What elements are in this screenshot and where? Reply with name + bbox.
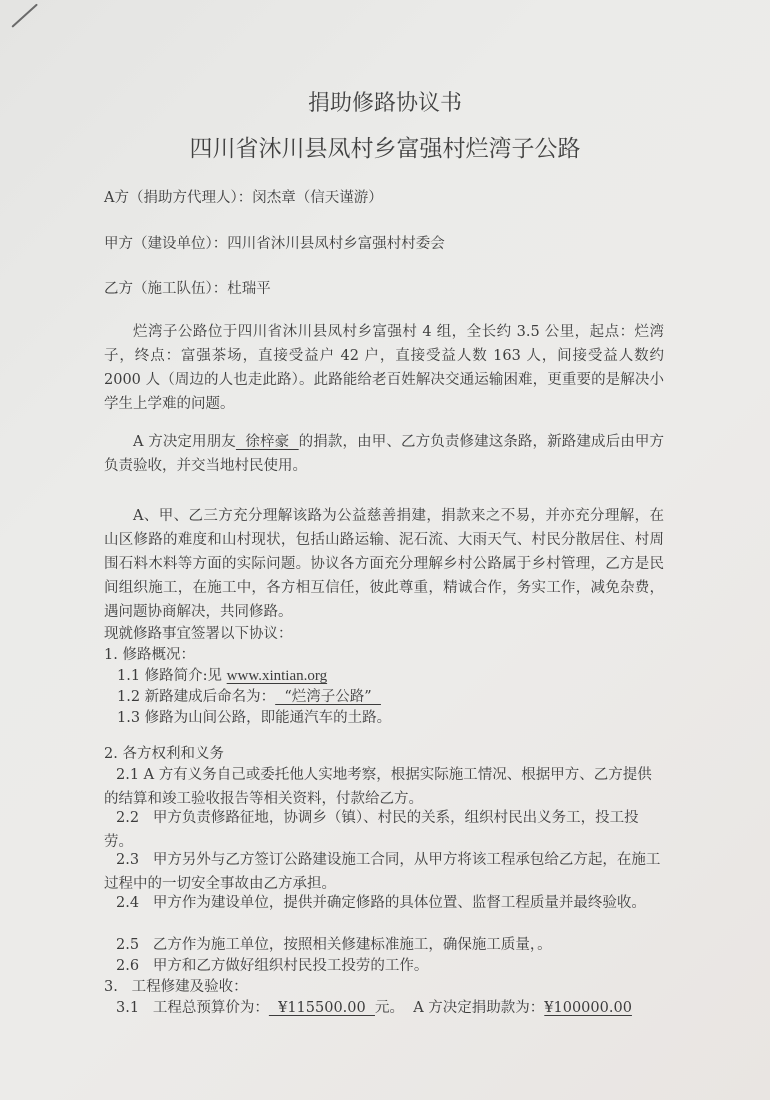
item-text: 修路简介:见	[145, 668, 227, 684]
item-num: 2.2	[116, 810, 139, 826]
item-1-1: 1.1 修路简介:见 www.xintian.org	[117, 664, 327, 685]
party-yi-label: 乙方（施工队伍）：	[104, 281, 227, 297]
item-3-1: 3.1 工程总预算价为： ¥115500.00 元。 A 方决定捐助款为：¥10…	[116, 996, 632, 1017]
section-1-heading: 1. 修路概况：	[104, 643, 195, 664]
item-num: 1.1	[117, 668, 140, 684]
item-text: 乙方作为施工单位，按照相关修建标准施工，确保施工质量，。	[153, 937, 552, 953]
donation-text-before: A 方决定用朋友	[133, 434, 236, 450]
item-1-3: 1.3 修路为山间公路，即能通汽车的土路。	[117, 706, 391, 727]
item-num: 1.2	[117, 689, 140, 705]
item-text: 甲方另外与乙方签订公路建设施工合同，从甲方将该工程承包给乙方起，在施工过程中的一…	[104, 852, 660, 892]
donation-amount: ¥100000.00	[544, 1000, 632, 1016]
party-jia: 甲方（建设单位）：四川省沐川县凤村乡富强村村委会	[104, 232, 445, 253]
party-a: A方（捐助方代理人）：闵杰章（信天谨游）	[104, 186, 383, 207]
section-3-heading: 3. 工程修建及验收：	[104, 975, 248, 996]
party-a-value: 闵杰章（信天谨游）	[252, 190, 383, 206]
item-2-1: 2.1 A 方有义务自己或委托他人实地考察，根据实际施工情况、根据甲方、乙方提供…	[104, 763, 664, 811]
party-a-label: A方（捐助方代理人）：	[104, 190, 252, 206]
item-text: 修路为山间公路，即能通汽车的土路。	[145, 710, 392, 726]
item-text: 新路建成后命名为：	[145, 689, 276, 705]
website-link[interactable]: www.xintian.org	[227, 668, 327, 684]
party-jia-label: 甲方（建设单位）：	[104, 236, 227, 252]
paragraph-understanding: A、甲、乙三方充分理解该路为公益慈善捐建，捐款来之不易，并亦充分理解，在山区修路…	[104, 504, 664, 624]
section-2-heading: 2. 各方权利和义务	[104, 742, 224, 763]
item-num: 1.3	[117, 710, 140, 726]
donation-label: A 方决定捐助款为：	[413, 1000, 544, 1016]
item-2-3: 2.3 甲方另外与乙方签订公路建设施工合同，从甲方将该工程承包给乙方起，在施工过…	[104, 848, 664, 896]
item-text: 工程总预算价为：	[153, 1000, 269, 1016]
item-num: 2.3	[116, 852, 139, 868]
item-num: 2.1	[116, 767, 139, 783]
item-num: 2.5	[116, 937, 139, 953]
party-yi: 乙方（施工队伍）：杜瑞平	[104, 277, 271, 298]
item-1-2: 1.2 新路建成后命名为： “烂湾子公路”	[117, 685, 381, 706]
item-num: 2.4	[116, 895, 139, 911]
item-text: 甲方和乙方做好组织村民投工投劳的工作。	[153, 958, 429, 974]
item-text: 甲方负责修路征地，协调乡（镇）、村民的关系，组织村民出义务工，投工投劳。	[104, 810, 639, 850]
agreement-intro: 现就修路事宜签署以下协议：	[104, 622, 293, 643]
budget-amount: ¥115500.00	[269, 1000, 375, 1016]
road-name: “烂湾子公路”	[275, 689, 381, 705]
item-text: A 方有义务自己或委托他人实地考察，根据实际施工情况、根据甲方、乙方提供的结算和…	[104, 767, 652, 807]
item-num: 2.6	[116, 958, 139, 974]
item-2-5: 2.5 乙方作为施工单位，按照相关修建标准施工，确保施工质量，。	[116, 933, 552, 954]
donor-name: 徐梓豪	[236, 434, 299, 450]
item-text: 甲方作为建设单位，提供并确定修路的具体位置、监督工程质量并最终验收。	[153, 895, 646, 911]
paragraph-donation: A 方决定用朋友 徐梓豪 的捐款，由甲、乙方负责修建这条路，新路建成后由甲方负责…	[104, 430, 664, 478]
item-2-2: 2.2 甲方负责修路征地，协调乡（镇）、村民的关系，组织村民出义务工，投工投劳。	[104, 806, 664, 854]
party-yi-value: 杜瑞平	[227, 281, 271, 297]
document-title: 捐助修路协议书	[0, 86, 770, 117]
document-subtitle: 四川省沐川县凤村乡富强村烂湾子公路	[0, 130, 770, 163]
paragraph-road-description: 烂湾子公路位于四川省沐川县凤村乡富强村 4 组，全长约 3.5 公里，起点：烂湾…	[104, 320, 664, 416]
budget-unit: 元。	[375, 1000, 404, 1016]
item-2-6: 2.6 甲方和乙方做好组织村民投工投劳的工作。	[116, 954, 428, 975]
pen-mark	[11, 4, 38, 28]
item-num: 3.1	[116, 1000, 139, 1016]
party-jia-value: 四川省沐川县凤村乡富强村村委会	[227, 236, 445, 252]
item-2-4: 2.4 甲方作为建设单位，提供并确定修路的具体位置、监督工程质量并最终验收。	[104, 891, 664, 915]
